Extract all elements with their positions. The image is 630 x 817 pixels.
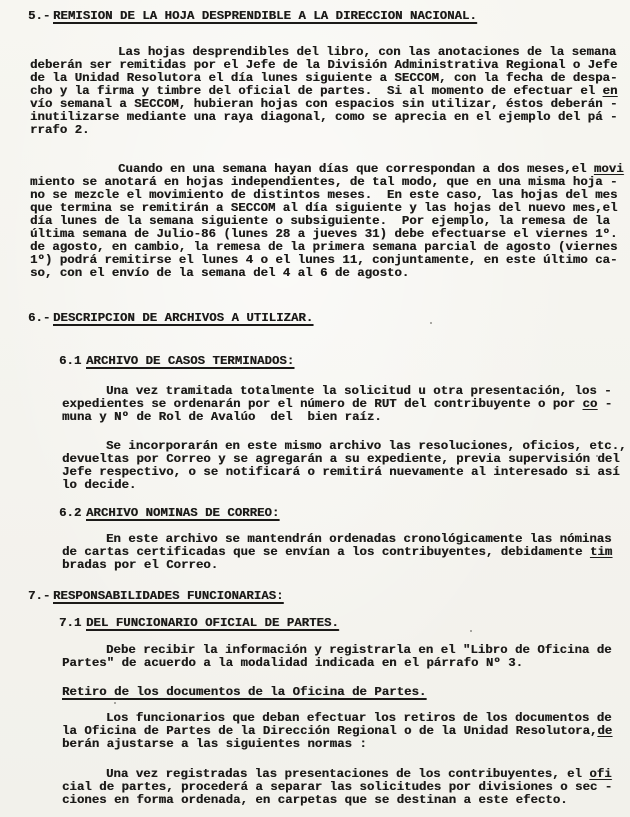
scan-speck [364, 540, 366, 542]
scan-speck [596, 455, 598, 457]
paragraph: Debe recibir la información y registrarl… [0, 644, 630, 670]
scanned-document-page: 5.-REMISION DE LA HOJA DESPRENDIBLE A LA… [0, 0, 630, 817]
line-text: cho y la firma y timbre del oficial de p… [30, 84, 603, 98]
heading-title: ARCHIVO DE CASOS TERMINADOS: [86, 354, 294, 368]
text-line: muna y Nº de Rol de Avalúo del bien raíz… [62, 411, 630, 424]
text-line: inutilizarse mediante una raya diagonal,… [30, 111, 630, 124]
scan-speck [430, 322, 432, 324]
text-line: so, con el envío de la semana del 4 al 6… [30, 267, 630, 280]
hyphen-break-syllable: en [603, 84, 618, 98]
paragraph: Se incorporarán en este mismo archivo la… [0, 440, 630, 492]
line-text: de cartas certificadas que se envían a l… [62, 545, 590, 559]
text-line: Jefe respectivo, o se notificará o remit… [62, 466, 630, 479]
heading-title: RESPONSABILIDADES FUNCIONARIAS: [53, 589, 284, 603]
text-line: lo decide. [62, 479, 630, 492]
inline-subheading: Retiro de los documentos de la Oficina d… [0, 686, 630, 699]
heading-number: 6.- [28, 312, 53, 325]
text-line: berán ajustarse a las siguientes normas … [62, 738, 630, 751]
line-text: expedientes se ordenarán por el número d… [62, 397, 583, 411]
paragraph: Una vez registradas las presentaciones d… [0, 768, 630, 807]
heading-title: ARCHIVO NOMINAS DE CORREO: [86, 506, 279, 520]
line-text: Una vez registradas las presentaciones d… [106, 767, 589, 781]
heading-number: 5.- [28, 10, 53, 23]
line-text: Cuando en una semana hayan días que corr… [118, 162, 594, 176]
line-text: la Oficina de Partes de la Dirección Reg… [62, 724, 597, 738]
hyphen-break-syllable: de [597, 724, 612, 738]
hyphen-break-syllable: ofi [589, 767, 611, 781]
text-line: Partes" de acuerdo a la modalidad indica… [62, 657, 630, 670]
heading-number: 7.- [28, 590, 53, 603]
hyphen-break-syllable: movi [594, 162, 624, 176]
scan-speck [470, 630, 472, 632]
text-line: ciones en forma ordenada, en carpetas qu… [62, 794, 630, 807]
heading-title: REMISION DE LA HOJA DESPRENDIBLE A LA DI… [53, 9, 477, 23]
line-text: - [597, 397, 612, 411]
subsection-heading-6-2: 6.2ARCHIVO NOMINAS DE CORREO: [0, 507, 630, 520]
paragraph: En este archivo se mantendrán ordenadas … [0, 533, 630, 572]
paragraph: Las hojas desprendibles del libro, con l… [0, 46, 630, 137]
section-heading-6: 6.-DESCRIPCION DE ARCHIVOS A UTILIZAR. [0, 312, 630, 325]
section-heading-5: 5.-REMISION DE LA HOJA DESPRENDIBLE A LA… [0, 10, 630, 23]
heading-number: 7.1 [59, 617, 86, 630]
section-heading-7: 7.-RESPONSABILIDADES FUNCIONARIAS: [0, 590, 630, 603]
text-line: rrafo 2. [30, 124, 630, 137]
hyphen-break-syllable: tim [590, 545, 612, 559]
subsection-heading-6-1: 6.1ARCHIVO DE CASOS TERMINADOS: [0, 355, 630, 368]
hyphen-break-syllable: co [583, 397, 598, 411]
paragraph: Cuando en una semana hayan días que corr… [0, 163, 630, 280]
paragraph: Una vez tramitada totalmente la solicitu… [0, 385, 630, 424]
document-content: 5.-REMISION DE LA HOJA DESPRENDIBLE A LA… [0, 0, 630, 817]
heading-title: DEL FUNCIONARIO OFICIAL DE PARTES. [86, 616, 339, 630]
heading-number: 6.2 [59, 507, 86, 520]
heading-number: 6.1 [59, 355, 86, 368]
heading-title: Retiro de los documentos de la Oficina d… [62, 685, 426, 699]
subsection-heading-7-1: 7.1DEL FUNCIONARIO OFICIAL DE PARTES. [0, 617, 630, 630]
text-line: bradas por el Correo. [62, 559, 630, 572]
paragraph: Los funcionarios que deban efectuar los … [0, 712, 630, 751]
heading-title: DESCRIPCION DE ARCHIVOS A UTILIZAR. [53, 311, 313, 325]
scan-speck [114, 702, 116, 704]
